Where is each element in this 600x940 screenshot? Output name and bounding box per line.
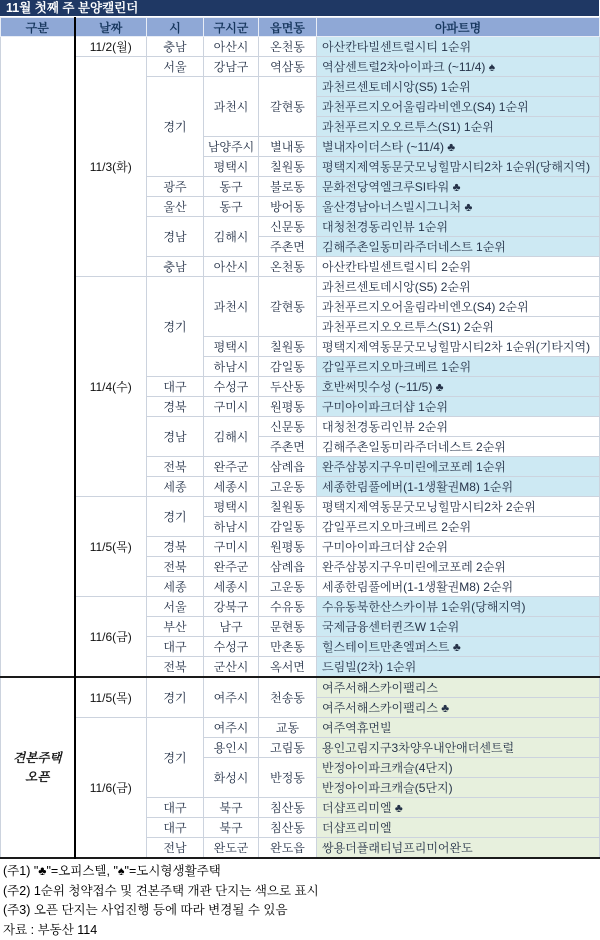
cell-dong: 감일동 [259,357,317,377]
cell-dong: 온천동 [259,257,317,277]
cell-dong: 칠원동 [259,497,317,517]
cell-apt: 국제금융센터퀸즈W 1순위 [317,617,600,637]
cell-apt: 더샵프리미엘 ♣ [317,798,600,818]
cell-gu: 아산시 [204,37,259,57]
footnote-2: (주2) 1순위 청약접수 및 견본주택 개관 단지는 색으로 표시 [3,882,599,902]
cell-gu: 여주시 [204,718,259,738]
col-header-town: 읍면동 [259,18,317,37]
table-row: 11/6(금)서울강북구수유동수유동북한산스카이뷰 1순위(당해지역) [1,597,600,617]
cell-gu: 수성구 [204,637,259,657]
cell-gubun [1,37,75,678]
cell-si: 경북 [147,537,204,557]
cell-apt: 구미아이파크더샵 1순위 [317,397,600,417]
cell-gu: 완도군 [204,838,259,859]
cell-dong: 완도읍 [259,838,317,859]
footnotes: (주1) "♣"=오피스텔, "♠"=도시형생활주택 (주2) 1순위 청약접수… [0,859,599,940]
cell-dong: 주촌면 [259,437,317,457]
cell-apt: 과천푸르지오오르투스(S1) 1순위 [317,117,600,137]
cell-apt: 대청천경동리인뷰 2순위 [317,417,600,437]
cell-dong: 고운동 [259,577,317,597]
cell-si: 전북 [147,657,204,678]
cell-dong: 주촌면 [259,237,317,257]
cell-dong: 불로동 [259,177,317,197]
cell-gu: 완주군 [204,557,259,577]
cell-si: 경북 [147,397,204,417]
cell-si: 부산 [147,617,204,637]
cell-gu: 남구 [204,617,259,637]
cell-si: 세종 [147,577,204,597]
cell-apt: 여주서해스카이팰리스 ♣ [317,698,600,718]
cell-apt: 과천푸르지오오르투스(S1) 2순위 [317,317,600,337]
cell-date: 11/2(월) [75,37,147,57]
cell-gu: 세종시 [204,577,259,597]
cell-gu: 김해시 [204,217,259,257]
cell-date: 11/5(목) [75,677,147,718]
sale-calendar-sheet: 11월 첫째 주 분양캘린더 구분 날짜 시 구시군 읍면동 아파트명 11/2… [0,0,599,940]
col-header-district: 구시군 [204,18,259,37]
cell-apt: 더샵프리미엘 [317,818,600,838]
cell-dong: 만촌동 [259,637,317,657]
cell-dong: 감일동 [259,517,317,537]
cell-apt: 여주역휴먼빌 [317,718,600,738]
page-title: 11월 첫째 주 분양캘린더 [0,0,599,17]
cell-apt: 구미아이파크더샵 2순위 [317,537,600,557]
cell-dong: 삼례읍 [259,457,317,477]
cell-si: 경기 [147,77,204,177]
cell-gubun: 견본주택 오픈 [1,677,75,858]
cell-apt: 반정아이파크캐슬(5단지) [317,778,600,798]
cell-apt: 수유동북한산스카이뷰 1순위(당해지역) [317,597,600,617]
section-1: 11/2(월)충남아산시온천동아산칸타빌센트럴시티 1순위11/3(화)서울강남… [1,37,600,678]
cell-apt: 과천르센토데시앙(S5) 1순위 [317,77,600,97]
cell-dong: 갈현동 [259,277,317,337]
cell-gu: 강북구 [204,597,259,617]
cell-gu: 평택시 [204,497,259,517]
cell-si: 서울 [147,597,204,617]
cell-date: 11/3(화) [75,57,147,277]
cell-gu: 강남구 [204,57,259,77]
cell-apt: 평택지제역동문굿모닝힐맘시티2차 2순위 [317,497,600,517]
cell-si: 경기 [147,718,204,798]
cell-apt: 대청천경동리인뷰 1순위 [317,217,600,237]
cell-si: 세종 [147,477,204,497]
cell-si: 경남 [147,217,204,257]
table-row: 11/6(금)경기여주시교동여주역휴먼빌 [1,718,600,738]
cell-apt: 여주서해스카이팰리스 [317,677,600,698]
cell-dong: 칠원동 [259,157,317,177]
cell-gu: 아산시 [204,257,259,277]
cell-date: 11/4(수) [75,277,147,497]
cell-apt: 역삼센트럴2차아이파크 (~11/4) ♠ [317,57,600,77]
cell-gu: 동구 [204,197,259,217]
cell-si: 전북 [147,557,204,577]
cell-apt: 감일푸르지오마크베르 2순위 [317,517,600,537]
header-row: 구분 날짜 시 구시군 읍면동 아파트명 [1,18,600,37]
cell-dong: 교동 [259,718,317,738]
cell-si: 전남 [147,838,204,859]
cell-apt: 세종한림풀에버(1-1생활권M8) 1순위 [317,477,600,497]
cell-gu: 김해시 [204,417,259,457]
cell-si: 서울 [147,57,204,77]
table-row: 11/3(화)서울강남구역삼동역삼센트럴2차아이파크 (~11/4) ♠ [1,57,600,77]
cell-apt: 용인고림지구3차양우내안애더센트럴 [317,738,600,758]
cell-si: 대구 [147,637,204,657]
cell-si: 대구 [147,818,204,838]
cell-apt: 문화전당역엘크루SI타워 ♣ [317,177,600,197]
cell-gu: 평택시 [204,337,259,357]
cell-gu: 화성시 [204,758,259,798]
section-2: 견본주택 오픈11/5(목)경기여주시천송동여주서해스카이팰리스여주서해스카이팰… [1,677,600,858]
cell-dong: 원평동 [259,537,317,557]
cell-dong: 삼례읍 [259,557,317,577]
cell-dong: 신문동 [259,217,317,237]
cell-apt: 반정아이파크캐슬(4단지) [317,758,600,778]
col-header-province: 시 [147,18,204,37]
cell-apt: 김해주촌일동미라주더네스트 2순위 [317,437,600,457]
cell-gu: 과천시 [204,277,259,337]
cell-apt: 세종한림풀에버(1-1생활권M8) 2순위 [317,577,600,597]
cell-apt: 아산칸타빌센트럴시티 2순위 [317,257,600,277]
cell-gu: 완주군 [204,457,259,477]
footnote-1: (주1) "♣"=오피스텔, "♠"=도시형생활주택 [3,862,599,882]
table-row: 11/4(수)경기과천시갈현동과천르센토데시앙(S5) 2순위 [1,277,600,297]
cell-apt: 별내자이더스타 (~11/4) ♣ [317,137,600,157]
cell-si: 광주 [147,177,204,197]
col-header-date: 날짜 [75,18,147,37]
cell-si: 경기 [147,677,204,718]
cell-si: 대구 [147,798,204,818]
cell-dong: 신문동 [259,417,317,437]
cell-dong: 방어동 [259,197,317,217]
cell-dong: 침산동 [259,818,317,838]
cell-apt: 완주삼봉지구우미린에코포레 2순위 [317,557,600,577]
cell-dong: 옥서면 [259,657,317,678]
cell-date: 11/6(금) [75,718,147,859]
cell-apt: 과천푸르지오어울림라비엔오(S4) 1순위 [317,97,600,117]
cell-si: 전북 [147,457,204,477]
cell-gu: 남양주시 [204,137,259,157]
cell-dong: 문현동 [259,617,317,637]
cell-date: 11/6(금) [75,597,147,678]
cell-dong: 고운동 [259,477,317,497]
col-header-category: 구분 [1,18,75,37]
table-row: 11/5(목)경기평택시칠원동평택지제역동문굿모닝힐맘시티2차 2순위 [1,497,600,517]
cell-apt: 김해주촌일동미라주더네스트 1순위 [317,237,600,257]
cell-dong: 침산동 [259,798,317,818]
cell-apt: 평택지제역동문굿모닝힐맘시티2차 1순위(기타지역) [317,337,600,357]
cell-date: 11/5(목) [75,497,147,597]
cell-si: 대구 [147,377,204,397]
footnote-3: (주3) 오픈 단지는 사업진행 등에 따라 변경될 수 있음 [3,901,599,921]
source-credit: 자료 : 부동산 114 [3,921,599,940]
cell-gu: 군산시 [204,657,259,678]
cell-si: 충남 [147,37,204,57]
cell-gu: 여주시 [204,677,259,718]
cell-apt: 완주삼봉지구우미린에코포레 1순위 [317,457,600,477]
cell-si: 울산 [147,197,204,217]
cell-gu: 과천시 [204,77,259,137]
calendar-table: 구분 날짜 시 구시군 읍면동 아파트명 11/2(월)충남아산시온천동아산칸타… [0,17,600,859]
cell-dong: 별내동 [259,137,317,157]
cell-dong: 온천동 [259,37,317,57]
cell-dong: 칠원동 [259,337,317,357]
cell-dong: 수유동 [259,597,317,617]
cell-apt: 아산칸타빌센트럴시티 1순위 [317,37,600,57]
cell-si: 경남 [147,417,204,457]
cell-apt: 호반써밋수성 (~11/5) ♣ [317,377,600,397]
table-header: 구분 날짜 시 구시군 읍면동 아파트명 [1,18,600,37]
cell-gu: 용인시 [204,738,259,758]
cell-gu: 세종시 [204,477,259,497]
cell-dong: 두산동 [259,377,317,397]
cell-si: 경기 [147,497,204,537]
cell-gu: 하남시 [204,517,259,537]
cell-gu: 구미시 [204,397,259,417]
cell-apt: 힐스테이트만촌엘퍼스트 ♣ [317,637,600,657]
cell-gu: 북구 [204,818,259,838]
cell-dong: 반정동 [259,758,317,798]
cell-apt: 쌍용더플래티넘프리미어완도 [317,838,600,859]
cell-dong: 고림동 [259,738,317,758]
cell-apt: 감일푸르지오마크베르 1순위 [317,357,600,377]
cell-si: 경기 [147,277,204,377]
cell-dong: 갈현동 [259,77,317,137]
table-row: 견본주택 오픈11/5(목)경기여주시천송동여주서해스카이팰리스 [1,677,600,698]
cell-gu: 수성구 [204,377,259,397]
cell-gu: 하남시 [204,357,259,377]
cell-gu: 북구 [204,798,259,818]
cell-dong: 원평동 [259,397,317,417]
cell-gu: 평택시 [204,157,259,177]
col-header-apartment: 아파트명 [317,18,600,37]
cell-apt: 과천르센토데시앙(S5) 2순위 [317,277,600,297]
cell-apt: 과천푸르지오어울림라비엔오(S4) 2순위 [317,297,600,317]
cell-apt: 드림빌(2차) 1순위 [317,657,600,678]
cell-apt: 평택지제역동문굿모닝힐맘시티2차 1순위(당해지역) [317,157,600,177]
cell-gu: 동구 [204,177,259,197]
cell-si: 충남 [147,257,204,277]
cell-apt: 울산경남아너스빌시그니처 ♣ [317,197,600,217]
table-row: 11/2(월)충남아산시온천동아산칸타빌센트럴시티 1순위 [1,37,600,57]
cell-dong: 천송동 [259,677,317,718]
cell-dong: 역삼동 [259,57,317,77]
cell-gu: 구미시 [204,537,259,557]
